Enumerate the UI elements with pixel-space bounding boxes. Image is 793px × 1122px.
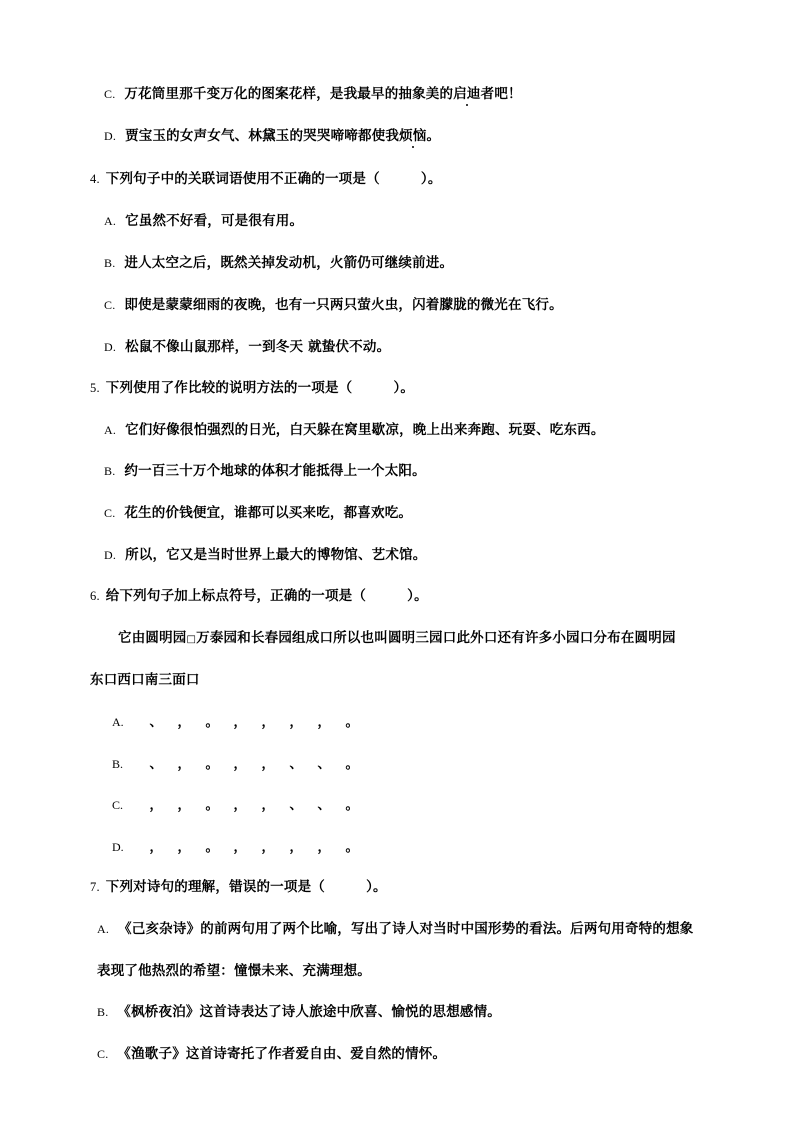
- question-stem: 下列句子中的关联词语使用不正确的一项是（ ）。: [106, 171, 442, 187]
- punct-mark: ，: [282, 711, 310, 730]
- passage-text: 它由圆明园: [118, 630, 187, 646]
- punct-mark: ，: [226, 794, 254, 813]
- q7-option-b: B.《枫桥夜泊》这首诗表达了诗人旅途中欣喜、愉悦的思想感情。: [97, 1002, 501, 1022]
- q6-option-b: B.、，。，，、、。: [112, 753, 366, 772]
- q4-option-d: D.松鼠不像山鼠那样，一到冬天 就蛰伏不动。: [104, 337, 390, 357]
- punct-mark: ，: [254, 794, 282, 813]
- punct-mark: ，: [310, 711, 338, 730]
- q7-stem: 7.下列对诗句的理解，错误的一项是（ ）。: [90, 877, 387, 897]
- q5-option-a: A.它们好像很怕强烈的日光，白天躲在窝里歇凉，晚上出来奔跑、玩耍、吃东西。: [104, 420, 605, 440]
- option-text-end: 。: [426, 128, 440, 144]
- q6-stem: 6.给下列句子加上标点符号，正确的一项是（ ）。: [90, 586, 428, 606]
- q6-option-d: D.，，。，，，，。: [112, 836, 366, 855]
- option-text: 《渔歌子》这首诗寄托了作者爱自由、爱自然的情怀。: [117, 1046, 446, 1062]
- punct-mark: 。: [338, 711, 366, 730]
- q6-passage-line-1: 它由圆明园□万泰园和长春园组成口所以也叫圆明三园口此外口还有许多小园口分布在圆明…: [118, 628, 676, 650]
- question-stem: 下列对诗句的理解，错误的一项是（ ）。: [106, 879, 387, 895]
- punct-mark: ，: [310, 836, 338, 855]
- option-text: 松鼠不像山鼠那样，一到冬天 就蛰伏不动。: [125, 339, 390, 355]
- punct-mark: ，: [170, 753, 198, 772]
- option-label: A.: [104, 420, 116, 440]
- option-text: 《枫桥夜泊》这首诗表达了诗人旅途中欣喜、愉悦的思想感情。: [117, 1004, 501, 1020]
- q4-option-c: C.即使是蒙蒙细雨的夜晚，也有一只两只萤火虫，闪着朦胧的微光在飞行。: [104, 295, 563, 315]
- question-number: 4.: [90, 169, 100, 189]
- punct-mark: ，: [226, 711, 254, 730]
- punct-mark: ，: [170, 836, 198, 855]
- option-label: D.: [104, 545, 116, 565]
- punct-mark: ，: [170, 711, 198, 730]
- punct-mark: 、: [142, 753, 170, 772]
- punct-mark: ，: [142, 794, 170, 813]
- q5-option-c: C.花生的价钱便宜，谁都可以买来吃，都喜欢吃。: [104, 503, 412, 523]
- option-text-end: 者吧！: [481, 86, 522, 102]
- option-label: A.: [112, 715, 142, 730]
- q6-passage-line-2: 东口西口南三面口: [90, 670, 200, 690]
- q4-stem: 4.下列句子中的关联词语使用不正确的一项是（ ）。: [90, 169, 442, 189]
- q7-option-c: C.《渔歌子》这首诗寄托了作者爱自由、爱自然的情怀。: [97, 1044, 446, 1064]
- option-label: C.: [97, 1044, 108, 1064]
- punct-mark: ，: [254, 836, 282, 855]
- option-label: B.: [104, 461, 115, 481]
- option-label: A.: [97, 919, 109, 939]
- punct-mark: 。: [198, 753, 226, 772]
- punct-mark: 。: [338, 753, 366, 772]
- q7-option-a-cont: 表现了他热烈的希望：憧憬未来、充满理想。: [97, 961, 371, 981]
- punct-mark: ，: [142, 836, 170, 855]
- q7-option-a: A.《己亥杂诗》的前两句用了两个比喻，写出了诗人对当时中国形势的看法。后两句用奇…: [97, 919, 693, 939]
- option-label: B.: [104, 253, 115, 273]
- punct-mark: 、: [142, 711, 170, 730]
- option-text: 万花筒里那千变万化的图案花样，是我最早的抽象美的: [124, 86, 453, 102]
- question-number: 5.: [90, 378, 100, 398]
- passage-text: 东口西口南三面口: [90, 672, 200, 688]
- option-text-cont: 表现了他热烈的希望：憧憬未来、充满理想。: [97, 963, 371, 979]
- option-label: B.: [112, 757, 142, 772]
- punct-mark: ，: [170, 794, 198, 813]
- punct-mark: 、: [282, 753, 310, 772]
- question-stem: 下列使用了作比较的说明方法的一项是（ ）。: [106, 380, 414, 396]
- option-text: 即使是蒙蒙细雨的夜晚，也有一只两只萤火虫，闪着朦胧的微光在飞行。: [124, 297, 562, 313]
- punct-mark: 。: [198, 711, 226, 730]
- emphasized-word: 烦恼: [399, 128, 426, 144]
- punct-mark: ，: [254, 753, 282, 772]
- punct-mark: 、: [310, 753, 338, 772]
- q6-option-c: C.，，。，，、、。: [112, 794, 366, 813]
- q4-option-b: B.进人太空之后，既然关掉发动机，火箭仍可继续前进。: [104, 253, 453, 273]
- punct-mark: ，: [226, 836, 254, 855]
- punct-mark: ，: [226, 753, 254, 772]
- option-text: 它虽然不好看，可是很有用。: [125, 213, 303, 229]
- q3-option-d: D.贾宝玉的女声女气、林黛玉的哭哭啼啼都使我烦恼。: [104, 126, 440, 146]
- punct-mark: 。: [198, 794, 226, 813]
- punct-mark: ，: [254, 711, 282, 730]
- option-label: D.: [112, 840, 142, 855]
- passage-text-cont: 万泰园和长春园组成口所以也叫圆明三园口此外口还有许多小园口分布在圆明园: [196, 630, 676, 646]
- option-label: C.: [112, 798, 142, 813]
- punct-mark: ，: [282, 836, 310, 855]
- q3-option-c: C.万花筒里那千变万化的图案花样，是我最早的抽象美的启迪者吧！: [104, 84, 522, 104]
- option-label: C.: [104, 295, 115, 315]
- punct-mark: 。: [338, 794, 366, 813]
- emphasized-word: 启迪: [453, 86, 480, 102]
- option-label: D.: [104, 126, 116, 146]
- option-label: B.: [97, 1002, 108, 1022]
- option-text: 它们好像很怕强烈的日光，白天躲在窝里歇凉，晚上出来奔跑、玩耍、吃东西。: [125, 422, 605, 438]
- question-stem: 给下列句子加上标点符号，正确的一项是（ ）。: [106, 588, 428, 604]
- punct-mark: 、: [310, 794, 338, 813]
- option-label: A.: [104, 211, 116, 231]
- option-text: 所以，它又是当时世界上最大的博物馆、艺术馆。: [125, 547, 426, 563]
- question-number: 7.: [90, 877, 100, 897]
- option-label: C.: [104, 84, 115, 104]
- q4-option-a: A.它虽然不好看，可是很有用。: [104, 211, 303, 231]
- option-label: C.: [104, 503, 115, 523]
- q5-option-d: D.所以，它又是当时世界上最大的博物馆、艺术馆。: [104, 545, 426, 565]
- punct-mark: 。: [198, 836, 226, 855]
- option-text: 贾宝玉的女声女气、林黛玉的哭哭啼啼都使我: [125, 128, 399, 144]
- question-number: 6.: [90, 586, 100, 606]
- punct-mark: 。: [338, 836, 366, 855]
- option-text: 《己亥杂诗》的前两句用了两个比喻，写出了诗人对当时中国形势的看法。后两句用奇特的…: [118, 921, 693, 937]
- option-text: 进人太空之后，既然关掉发动机，火箭仍可继续前进。: [124, 255, 453, 271]
- q5-option-b: B.约一百三十万个地球的体积才能抵得上一个太阳。: [104, 461, 426, 481]
- blank-box: □: [187, 634, 197, 645]
- q5-stem: 5.下列使用了作比较的说明方法的一项是（ ）。: [90, 378, 414, 398]
- option-label: D.: [104, 337, 116, 357]
- option-text: 约一百三十万个地球的体积才能抵得上一个太阳。: [124, 463, 425, 479]
- q6-option-a: A.、，。，，，，。: [112, 711, 366, 730]
- punct-mark: 、: [282, 794, 310, 813]
- option-text: 花生的价钱便宜，谁都可以买来吃，都喜欢吃。: [124, 505, 412, 521]
